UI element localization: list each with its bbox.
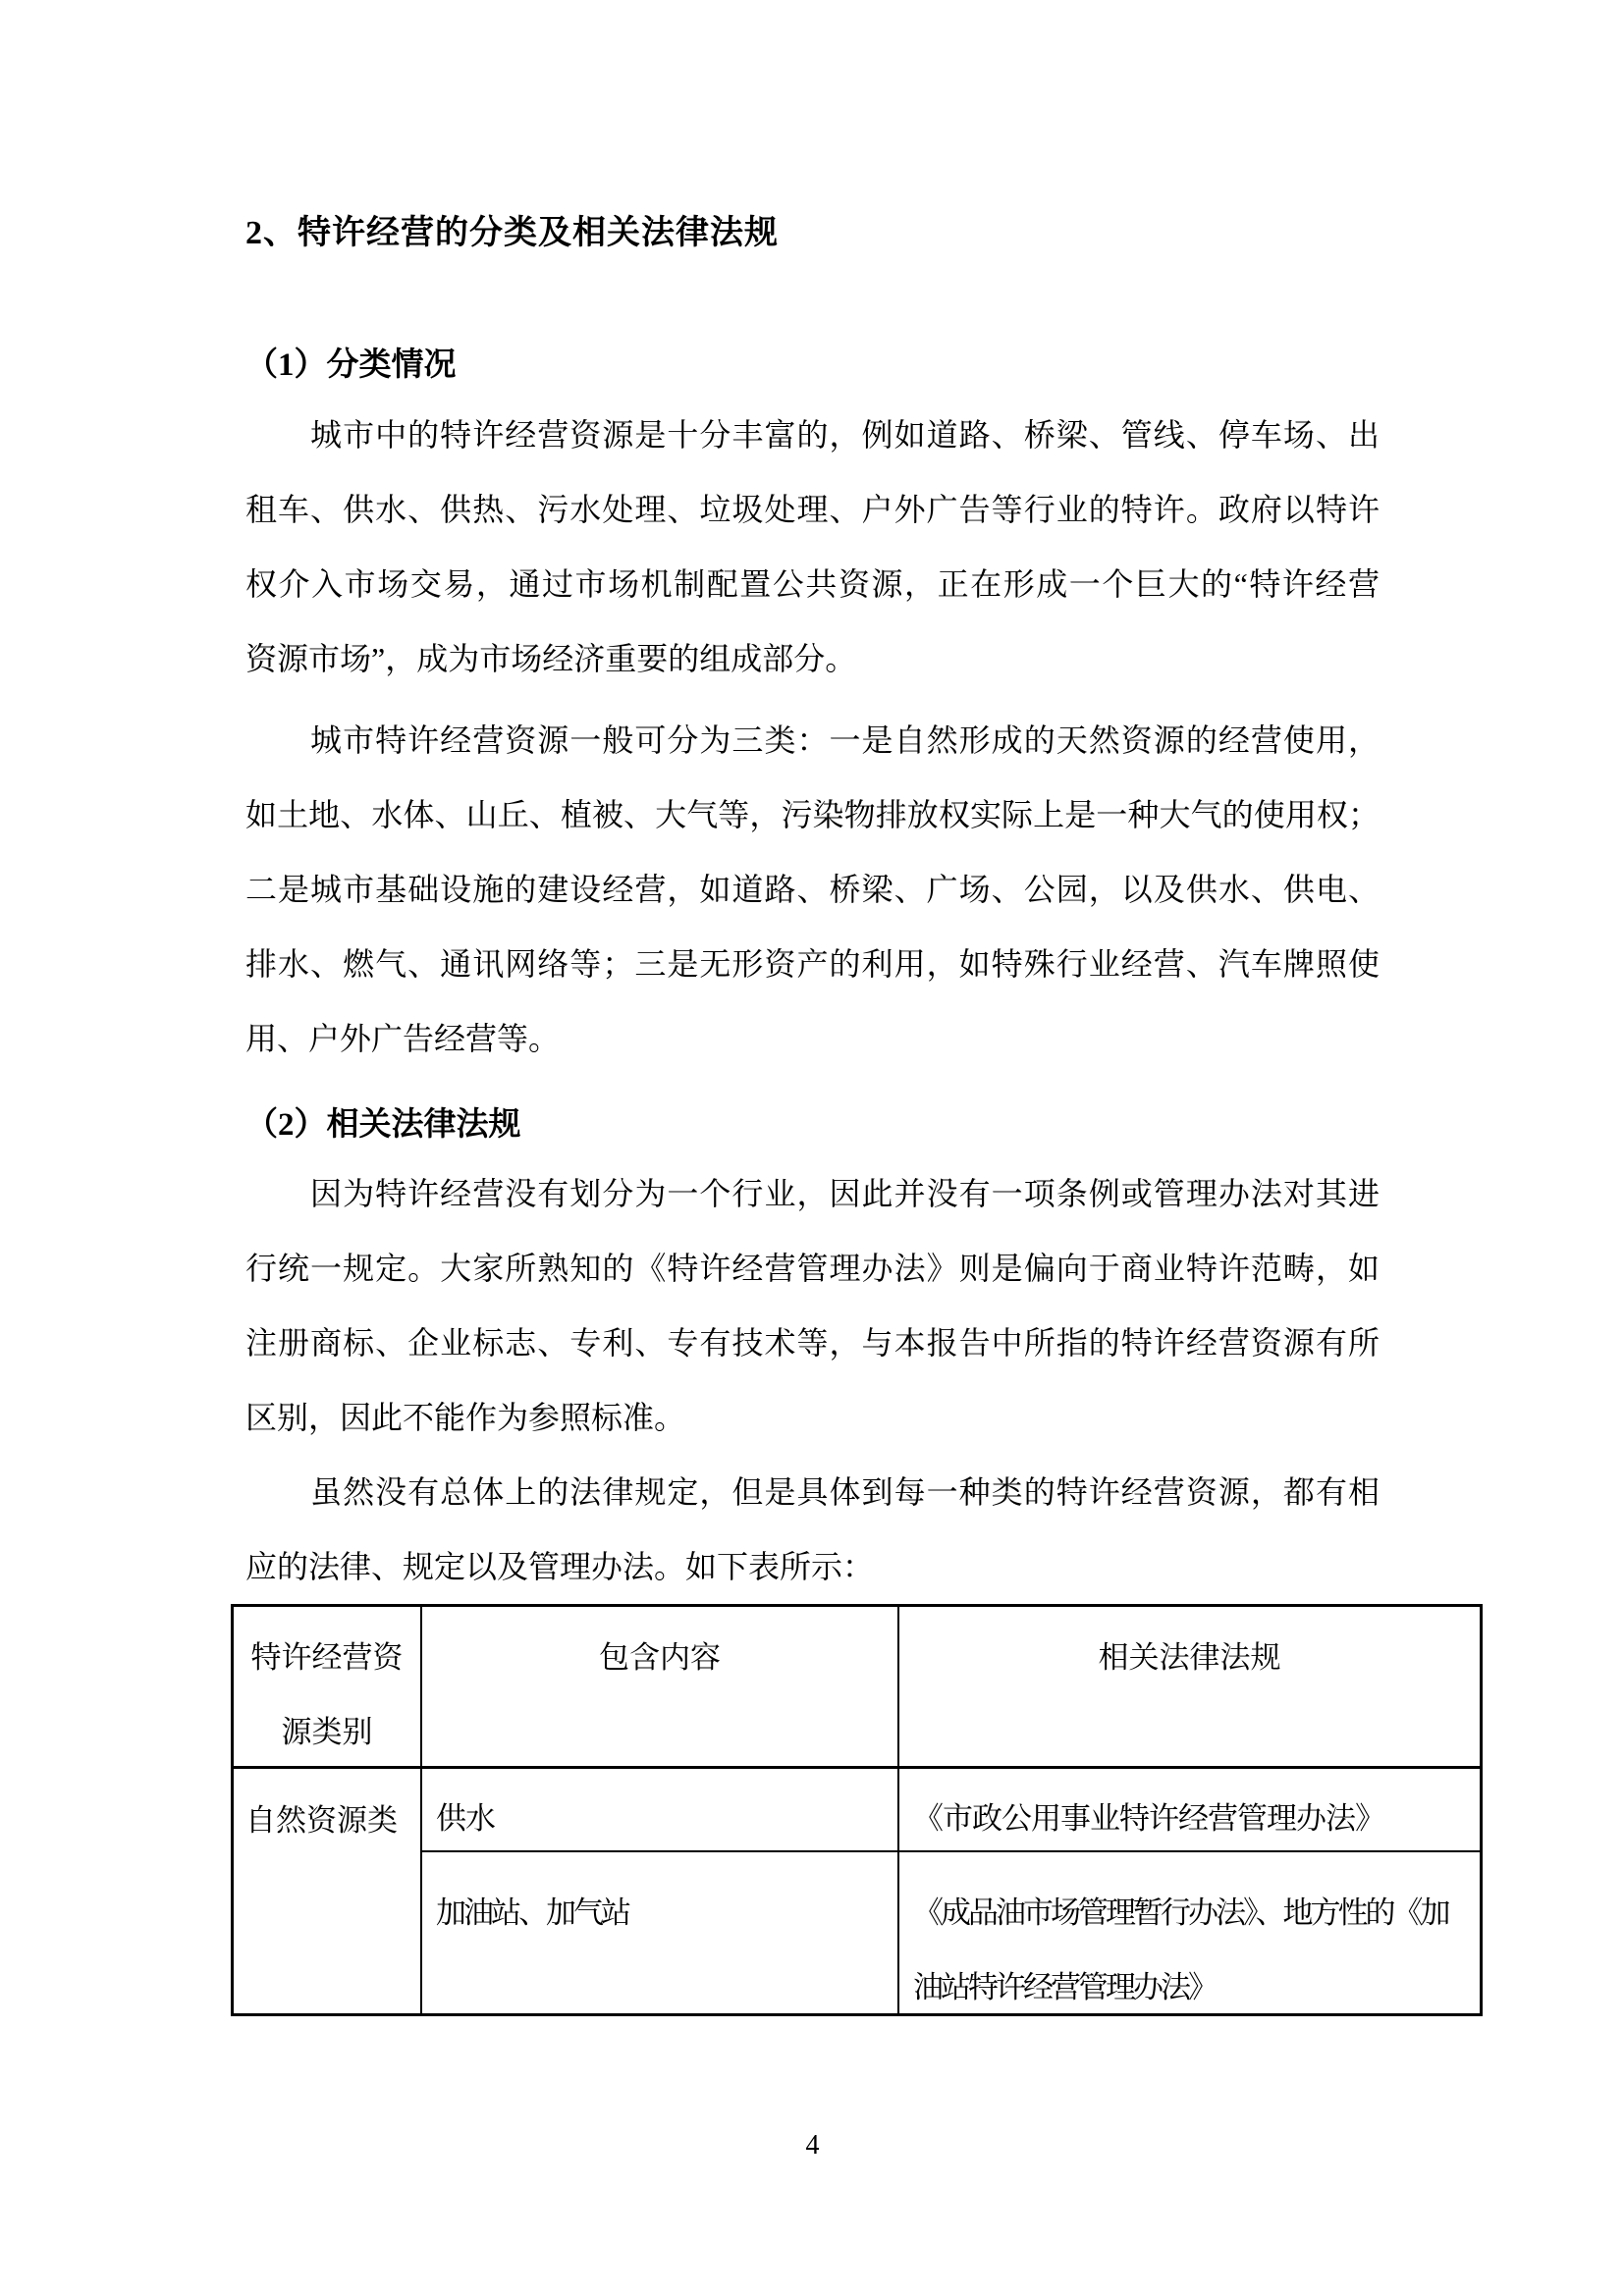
paragraph-no-unified-regulation: 因为特许经营没有划分为一个行业，因此并没有一项条例或管理办法对其进行统一规定。大… [245, 1156, 1380, 1455]
table-cell-laws-municipal-utilities: 《市政公用事业特许经营管理办法》 [897, 1769, 1480, 1852]
table-header-content: 包含内容 [420, 1607, 897, 1769]
document-page: 2、特许经营的分类及相关法律法规 （1）分类情况 城市中的特许经营资源是十分丰富… [0, 0, 1624, 2296]
page-content: 2、特许经营的分类及相关法律法规 （1）分类情况 城市中的特许经营资源是十分丰富… [245, 0, 1380, 2163]
paragraph-three-categories: 城市特许经营资源一般可分为三类：一是自然形成的天然资源的经营使用，如土地、水体、… [245, 703, 1380, 1076]
table-header-category: 特许经营资源类别 [234, 1607, 420, 1769]
text-line: 行统一规定。大家所熟知的《特许经营管理办法》则是偏向于商业特许范畴，如 [245, 1231, 1380, 1306]
subheading-related-laws: （2）相关法律法规 [245, 1105, 1380, 1145]
text-line: 资源市场”，成为市场经济重要的组成部分。 [245, 621, 1380, 696]
text-line: 油站特许经营管理办法》 [913, 1950, 1474, 2013]
text-line: 源类别 [234, 1695, 420, 1769]
text-line: 城市特许经营资源一般可分为三类：一是自然形成的天然资源的经营使用， [245, 703, 1380, 777]
text-line: 区别，因此不能作为参照标准。 [245, 1380, 1380, 1455]
text-line: 城市中的特许经营资源是十分丰富的，例如道路、桥梁、管线、停车场、出 [245, 398, 1380, 472]
paragraph-franchise-resources: 城市中的特许经营资源是十分丰富的，例如道路、桥梁、管线、停车场、出租车、供水、供… [245, 398, 1380, 696]
section-heading: 2、特许经营的分类及相关法律法规 [245, 214, 1380, 253]
text-line: 二是城市基础设施的建设经营，如道路、桥梁、广场、公园，以及供水、供电、 [245, 852, 1380, 927]
text-line: 用、户外广告经营等。 [245, 1001, 1380, 1076]
table-cell-category-natural-resources: 自然资源类 [234, 1769, 420, 2013]
text-line: 虽然没有总体上的法律规定，但是具体到每一种类的特许经营资源，都有相 [245, 1455, 1380, 1529]
text-line: 《成品油市场管理暂行办法》、地方性的《加 [913, 1876, 1474, 1950]
page-number: 4 [245, 2129, 1380, 2163]
text-line: 《市政公用事业特许经营管理办法》 [913, 1802, 1470, 1836]
text-line: 注册商标、企业标志、专利、专有技术等，与本报告中所指的特许经营资源有所 [245, 1306, 1380, 1380]
text-line: 租车、供水、供热、污水处理、垃圾处理、户外广告等行业的特许。政府以特许 [245, 472, 1380, 547]
franchise-laws-table: 特许经营资源类别 包含内容 相关法律法规 自然资源类 供水 《市政公用事业特许经… [231, 1604, 1483, 2016]
text-line: 因为特许经营没有划分为一个行业，因此并没有一项条例或管理办法对其进 [245, 1156, 1380, 1231]
text-line: 权介入市场交易，通过市场机制配置公共资源，正在形成一个巨大的“特许经营 [245, 547, 1380, 621]
text-line: 如土地、水体、山丘、植被、大气等，污染物排放权实际上是一种大气的使用权； [245, 777, 1380, 852]
text-line: 排水、燃气、通讯网络等；三是无形资产的利用，如特殊行业经营、汽车牌照使 [245, 927, 1380, 1001]
table-cell-content-water-supply: 供水 [420, 1769, 897, 1852]
text-line: 应的法律、规定以及管理办法。如下表所示： [245, 1529, 1380, 1604]
paragraph-specific-laws: 虽然没有总体上的法律规定，但是具体到每一种类的特许经营资源，都有相应的法律、规定… [245, 1455, 1380, 1604]
table-cell-laws-refined-oil: 《成品油市场管理暂行办法》、地方性的《加油站特许经营管理办法》 [897, 1852, 1480, 2013]
table-header-laws: 相关法律法规 [897, 1607, 1480, 1769]
text-line: 特许经营资 [234, 1621, 420, 1695]
subheading-classification: （1）分类情况 [245, 346, 1380, 385]
table-cell-content-gas-stations: 加油站、加气站 [420, 1852, 897, 2013]
